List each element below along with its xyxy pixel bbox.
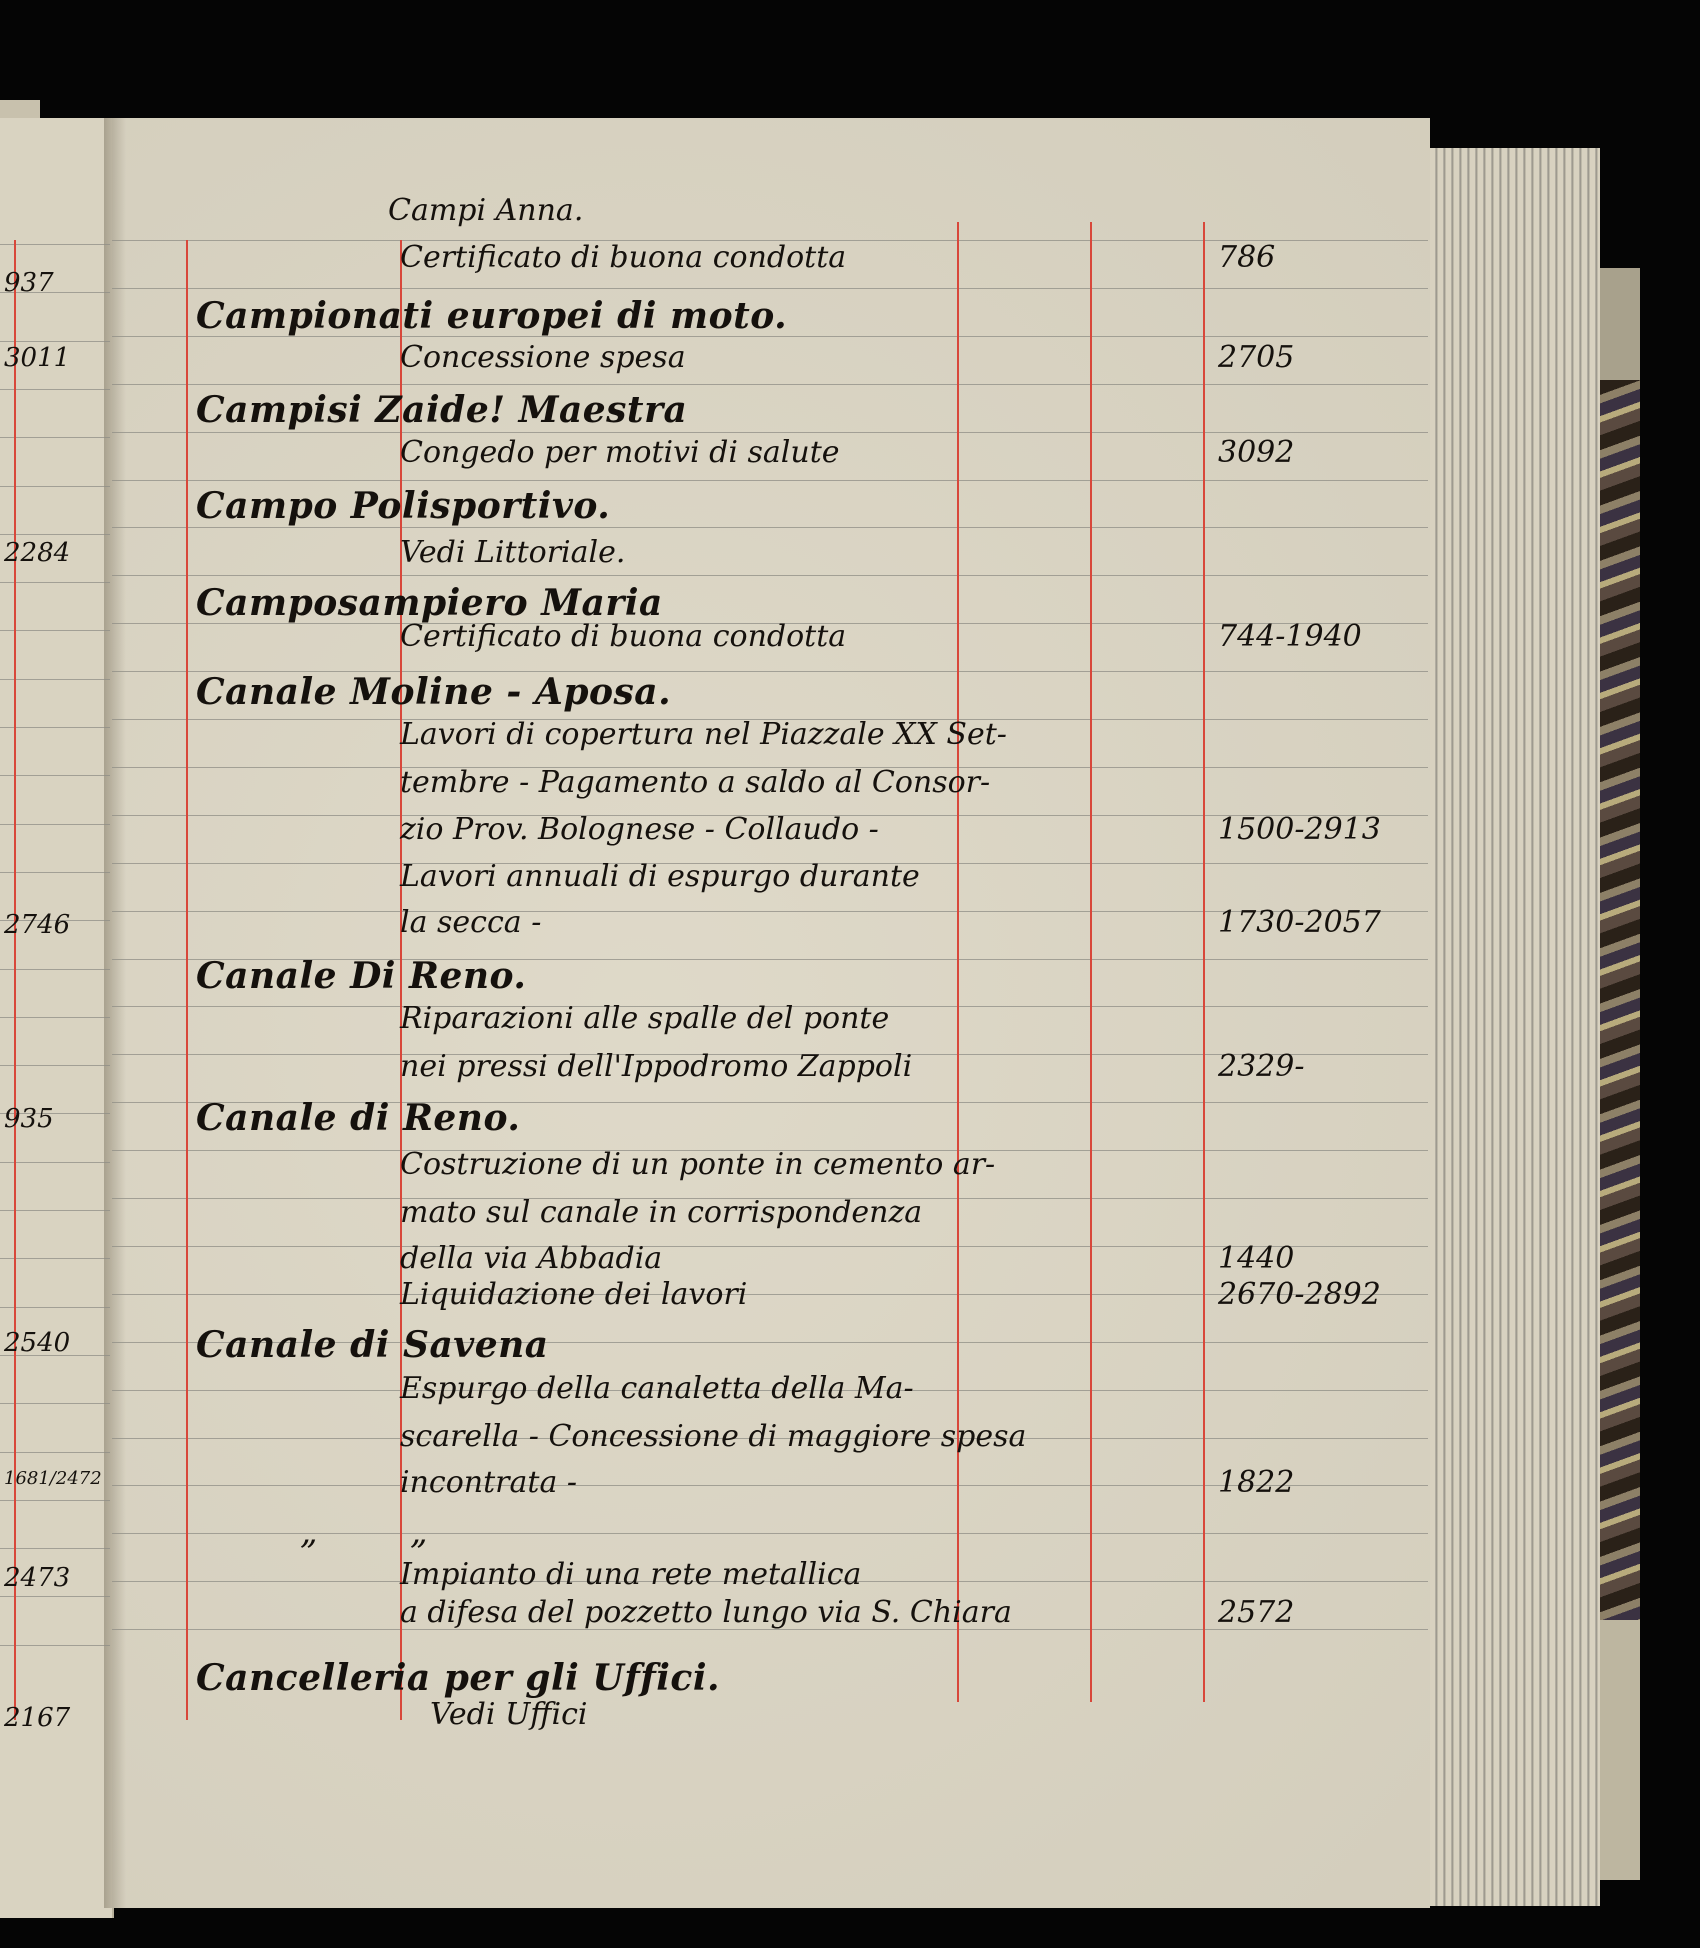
reference-number: 3092 [1218,438,1294,468]
entry-description: Vedi Littoriale. [400,538,625,568]
entry-description: Lavori annuali di espurgo durante [400,862,920,892]
ruled-line-prev-page [0,1258,110,1259]
red-rule-heading-column [186,240,188,1720]
reference-number: 2329- [1218,1052,1304,1082]
entry-description: Impianto di una rete metallica [400,1560,861,1590]
reference-number: 1440 [1218,1244,1294,1274]
entry-heading: Canale di Savena [196,1327,549,1363]
entry-description: Congedo per motivi di salute [400,438,840,468]
ruled-line-prev-page [0,872,110,873]
ruled-line-prev-page [0,437,110,438]
reference-number: 2705 [1218,343,1294,373]
entry-description: Riparazioni alle spalle del ponte [400,1004,889,1034]
ruled-line-prev-page [0,630,110,631]
margin-number: 3011 [4,345,70,371]
ruled-line-prev-page [0,582,110,583]
ruled-line-prev-page [0,1500,110,1501]
ruled-line-prev-page [0,1210,110,1211]
red-rule-prev-page [14,240,16,1720]
margin-number: 2540 [4,1330,70,1356]
entry-description: Costruzione di un ponte in cemento ar- [400,1150,995,1180]
margin-number: 2746 [4,912,70,938]
entry-description: nei pressi dell'Ippodromo Zappoli [400,1052,912,1082]
ruled-line-prev-page [0,1548,110,1549]
entry-description: Concessione spesa [400,343,686,373]
ruled-line [112,288,1428,289]
ruled-line [112,432,1428,433]
page-edges-stack [1430,148,1600,1906]
ruled-line-prev-page [0,1596,110,1597]
entry-heading: Cancelleria per gli Uffici. [196,1660,720,1696]
ruled-line [112,384,1428,385]
reference-number: 744-1940 [1218,622,1362,652]
reference-number: 1500-2913 [1218,815,1381,845]
margin-number: 935 [4,1106,54,1132]
ruled-line-prev-page [0,727,110,728]
ruled-line [112,527,1428,528]
entry-description: la secca - [400,908,541,938]
ruled-line [112,575,1428,576]
ruled-line-prev-page [0,824,110,825]
ruled-line-prev-page [0,1403,110,1404]
reference-number: 2572 [1218,1598,1294,1628]
entry-description: Certificato di buona condotta [400,243,846,273]
ruled-line-prev-page [0,1645,110,1646]
entry-description: Certificato di buona condotta [400,622,846,652]
entry-heading: Campionati europei di moto. [196,298,787,334]
ruled-line [112,480,1428,481]
book-cover-top [1600,268,1640,388]
red-rule-column-4 [957,222,959,1702]
ruled-line-prev-page [0,1162,110,1163]
entry-description: Campi Anna. [388,196,583,226]
entry-description: Vedi Uffici [430,1700,588,1730]
entry-description: scarella - Concessione di maggiore spesa [400,1422,1026,1452]
ruled-line-prev-page [0,775,110,776]
entry-heading: Canale Moline - Aposa. [196,674,671,710]
ruled-line-prev-page [0,341,110,342]
marbled-cover [1600,380,1640,1620]
entry-description: zio Prov. Bolognese - Collaudo - [400,815,879,845]
red-rule-refs-column [1203,222,1205,1702]
ruled-line-prev-page [0,1307,110,1308]
ruled-line-prev-page [0,1065,110,1066]
entry-heading: Canale di Reno. [196,1100,520,1136]
red-rule-column-5 [1090,222,1092,1702]
entry-description: a difesa del pozzetto lungo via S. Chiar… [400,1598,1012,1628]
ruled-line-prev-page [0,486,110,487]
reference-number: 1822 [1218,1468,1294,1498]
entry-heading: Camposampiero Maria [196,585,663,621]
ditto-mark: „ [410,1515,428,1549]
margin-number: 937 [4,270,54,296]
book-cover-bottom [1600,1620,1640,1880]
margin-number: 2284 [4,540,70,566]
entry-heading: Campo Polisportivo. [196,488,610,524]
reference-number: 786 [1218,243,1275,273]
ruled-line-prev-page [0,534,110,535]
ditto-mark: „ [300,1515,318,1549]
ruled-line-prev-page [0,389,110,390]
margin-number: 1681/2472 [4,1470,102,1488]
entry-description: incontrata - [400,1468,577,1498]
entry-description: della via Abbadia [400,1244,662,1274]
entry-description: tembre - Pagamento a saldo al Consor- [400,768,990,798]
ruled-line-prev-page [0,969,110,970]
reference-number: 2670-2892 [1218,1280,1381,1310]
entry-heading: Campisi Zaide! Maestra [196,392,687,428]
margin-number: 2167 [4,1705,70,1731]
entry-heading: Canale Di Reno. [196,958,526,994]
ruled-line-prev-page [0,244,110,245]
entry-description: Lavori di copertura nel Piazzale XX Set- [400,720,1007,750]
entry-description: mato sul canale in corrispondenza [400,1198,922,1228]
entry-description: Liquidazione dei lavori [400,1280,747,1310]
margin-number: 2473 [4,1565,70,1591]
reference-number: 1730-2057 [1218,908,1381,938]
entry-description: Espurgo della canaletta della Ma- [400,1374,914,1404]
ruled-line-prev-page [0,1452,110,1453]
ruled-line-prev-page [0,1017,110,1018]
book-gutter [104,118,126,1908]
ruled-line-prev-page [0,679,110,680]
